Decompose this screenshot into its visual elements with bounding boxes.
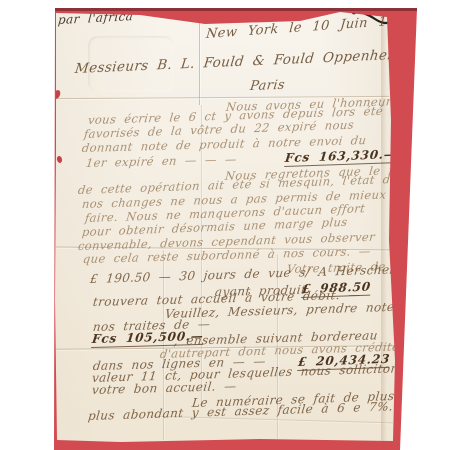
wax-speck: [56, 155, 63, 163]
fold-shadow: [381, 17, 387, 441]
recipient-city: Paris: [249, 78, 286, 94]
red-backdrop-edge: [55, 8, 417, 11]
letter-line: 1er expiré en — — —: [85, 152, 237, 170]
letter-paper: par l'africa New York le 10 Juin 1856 Me…: [0, 0, 450, 450]
letter-photo: par l'africa New York le 10 Juin 1856 Me…: [0, 0, 450, 450]
